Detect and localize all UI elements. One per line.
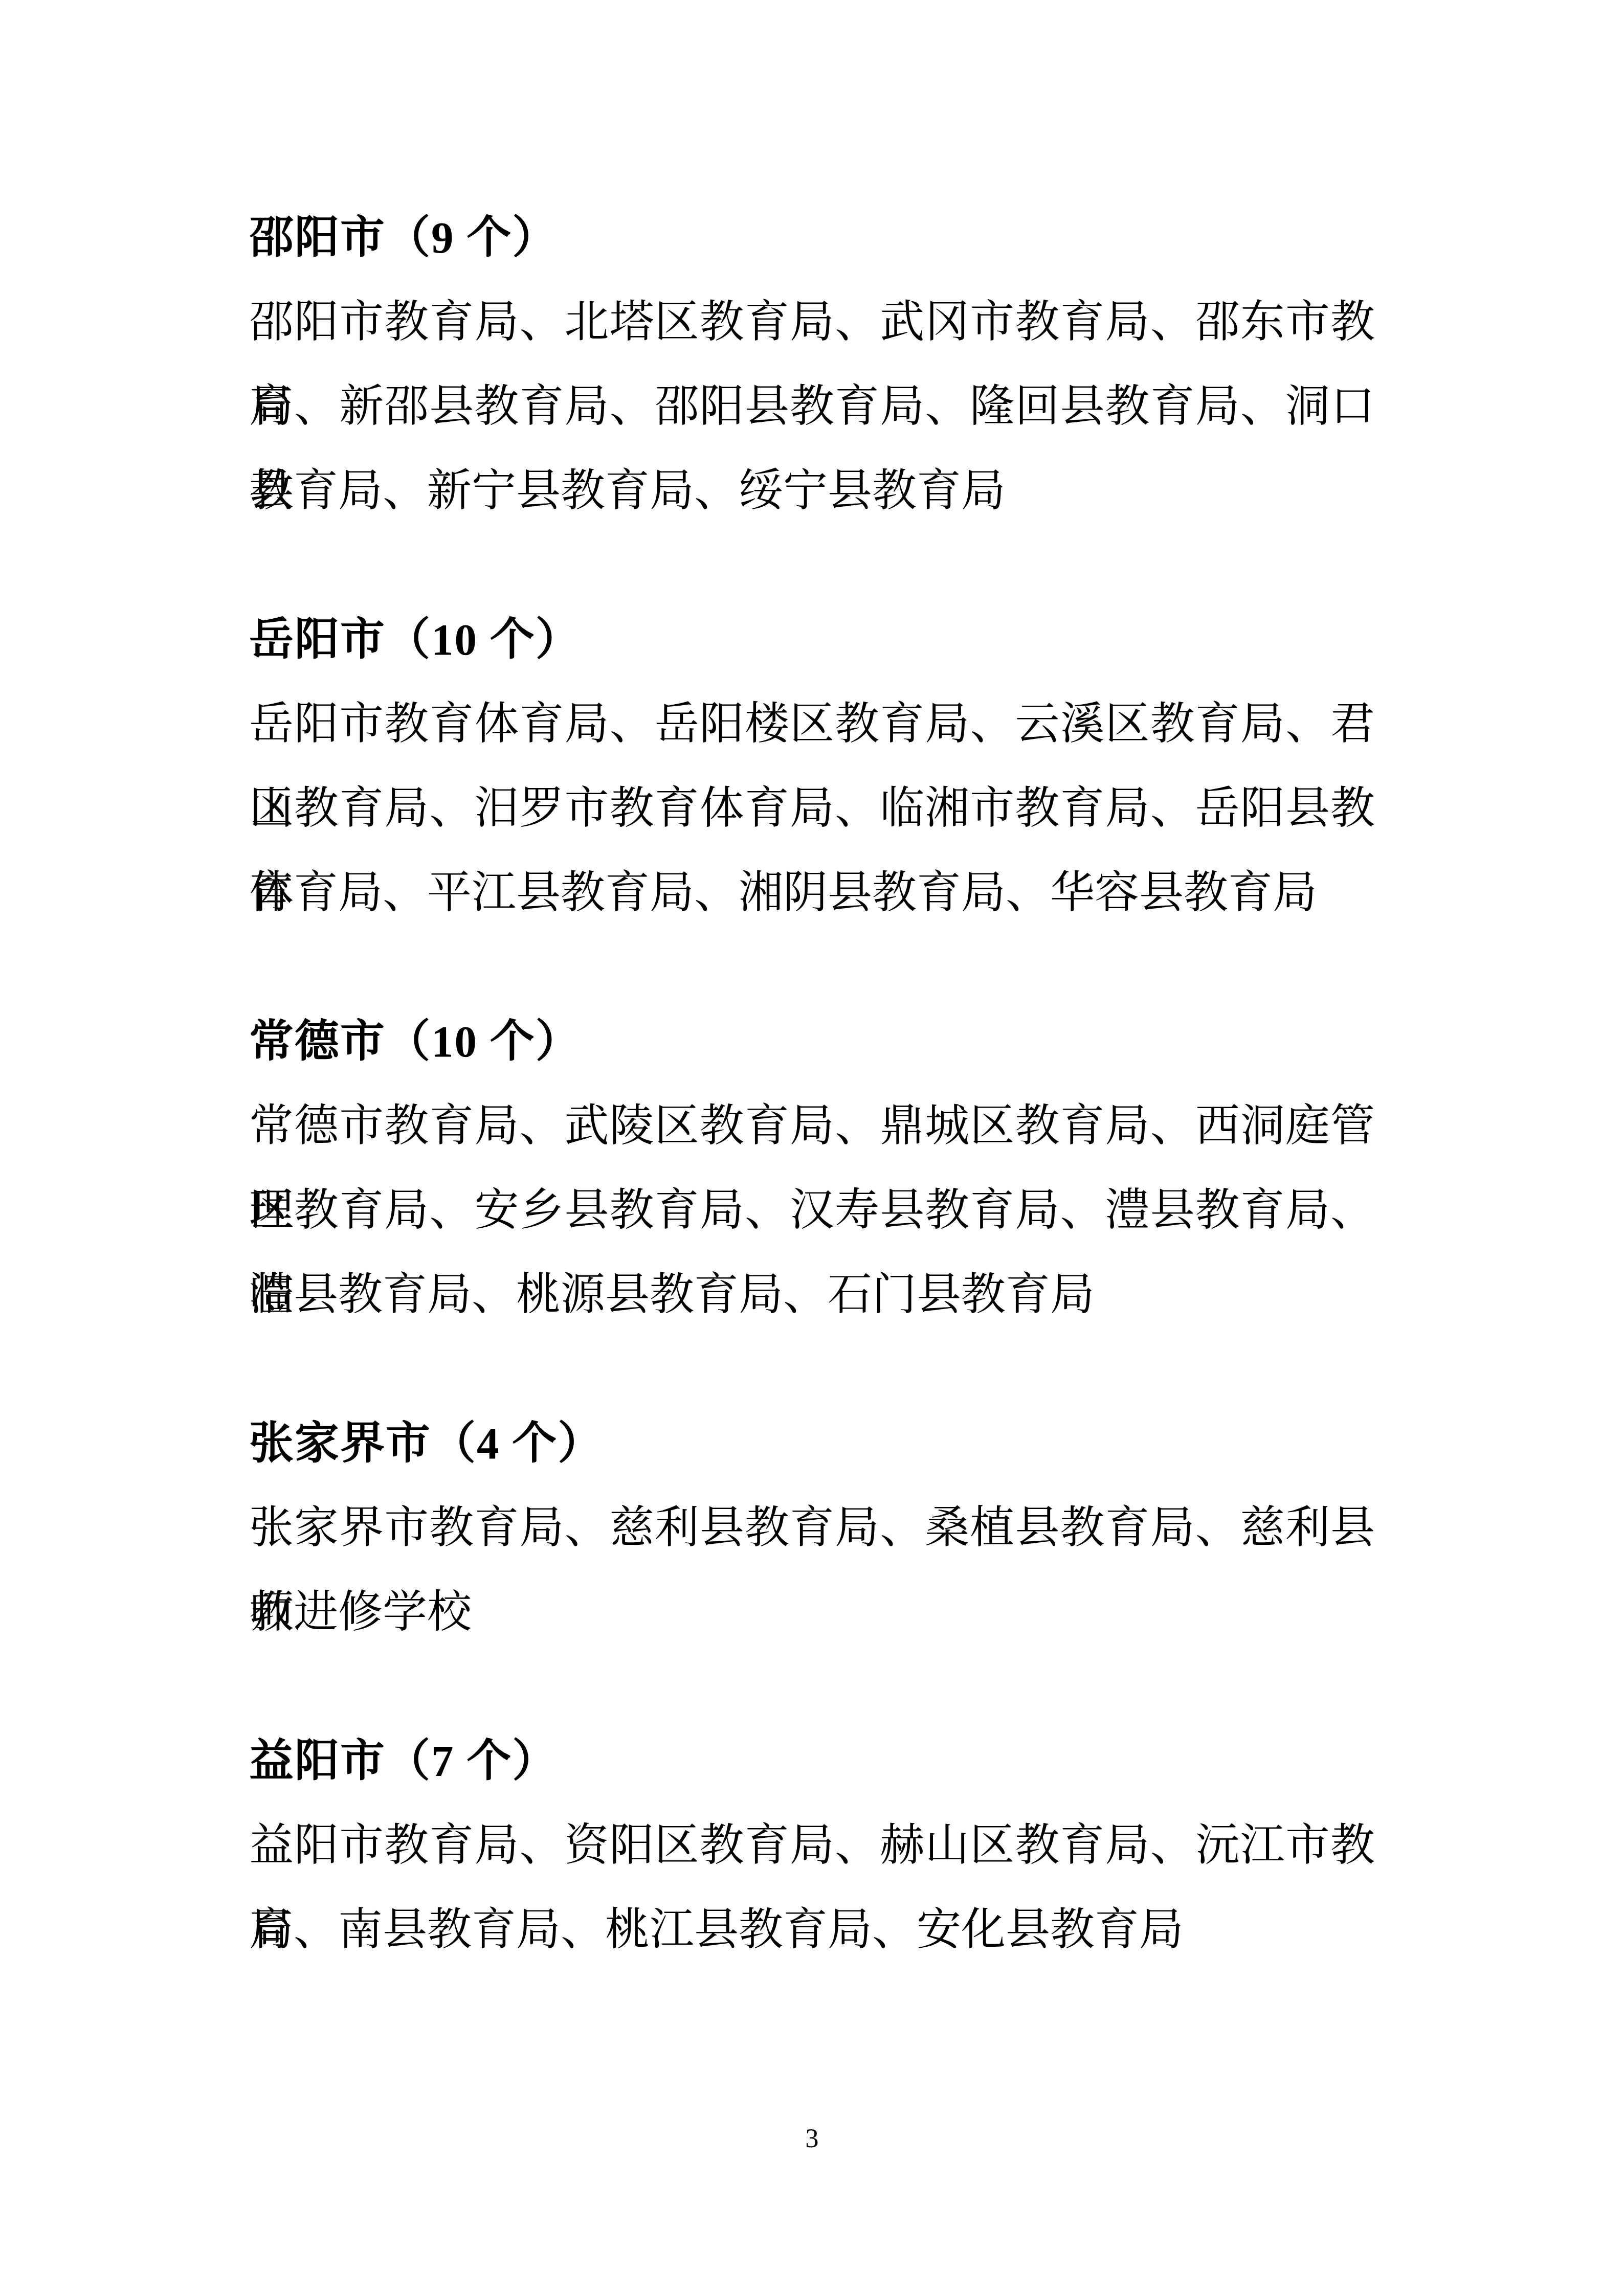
bureau-list-line: 教育局、新宁县教育局、绥宁县教育局: [249, 448, 1375, 533]
bureau-list-line: 区教育局、汨罗市教育体育局、临湘市教育局、岳阳县教育: [249, 766, 1375, 850]
document-content: 邵阳市（9 个）邵阳市教育局、北塔区教育局、武冈市教育局、邵东市教育局、新邵县教…: [249, 195, 1375, 1972]
bureau-list-line: 邵阳市教育局、北塔区教育局、武冈市教育局、邵东市教育: [249, 280, 1375, 364]
bureau-list-line: 澧县教育局、桃源县教育局、石门县教育局: [249, 1252, 1375, 1337]
city-section: 常德市（10 个）常德市教育局、武陵区教育局、鼎城区教育局、西洞庭管理区教育局、…: [249, 999, 1375, 1337]
city-section-title: 张家界市（4 个）: [249, 1401, 1375, 1485]
city-section: 益阳市（7 个）益阳市教育局、资阳区教育局、赫山区教育局、沅江市教育局、南县教育…: [249, 1719, 1375, 1972]
city-section: 张家界市（4 个）张家界市教育局、慈利县教育局、桑植县教育局、慈利县教师进修学校: [249, 1401, 1375, 1654]
bureau-list-line: 岳阳市教育体育局、岳阳楼区教育局、云溪区教育局、君山: [249, 682, 1375, 766]
bureau-list-line: 区教育局、安乡县教育局、汉寿县教育局、澧县教育局、临: [249, 1168, 1375, 1252]
page-number: 3: [0, 2111, 1624, 2167]
bureau-list-line: 局、新邵县教育局、邵阳县教育局、隆回县教育局、洞口县: [249, 364, 1375, 448]
bureau-list-line: 局、南县教育局、桃江县教育局、安化县教育局: [249, 1887, 1375, 1972]
city-section-title: 常德市（10 个）: [249, 999, 1375, 1084]
city-section: 岳阳市（10 个）岳阳市教育体育局、岳阳楼区教育局、云溪区教育局、君山区教育局、…: [249, 597, 1375, 935]
city-section-title: 邵阳市（9 个）: [249, 195, 1375, 280]
bureau-list-line: 益阳市教育局、资阳区教育局、赫山区教育局、沅江市教育: [249, 1803, 1375, 1887]
bureau-list-line: 张家界市教育局、慈利县教育局、桑植县教育局、慈利县教: [249, 1485, 1375, 1570]
city-section-title: 岳阳市（10 个）: [249, 597, 1375, 682]
bureau-list-line: 师进修学校: [249, 1570, 1375, 1654]
city-section: 邵阳市（9 个）邵阳市教育局、北塔区教育局、武冈市教育局、邵东市教育局、新邵县教…: [249, 195, 1375, 533]
city-section-title: 益阳市（7 个）: [249, 1719, 1375, 1803]
bureau-list-line: 体育局、平江县教育局、湘阴县教育局、华容县教育局: [249, 850, 1375, 935]
bureau-list-line: 常德市教育局、武陵区教育局、鼎城区教育局、西洞庭管理: [249, 1084, 1375, 1168]
document-page: 邵阳市（9 个）邵阳市教育局、北塔区教育局、武冈市教育局、邵东市教育局、新邵县教…: [0, 0, 1624, 2296]
